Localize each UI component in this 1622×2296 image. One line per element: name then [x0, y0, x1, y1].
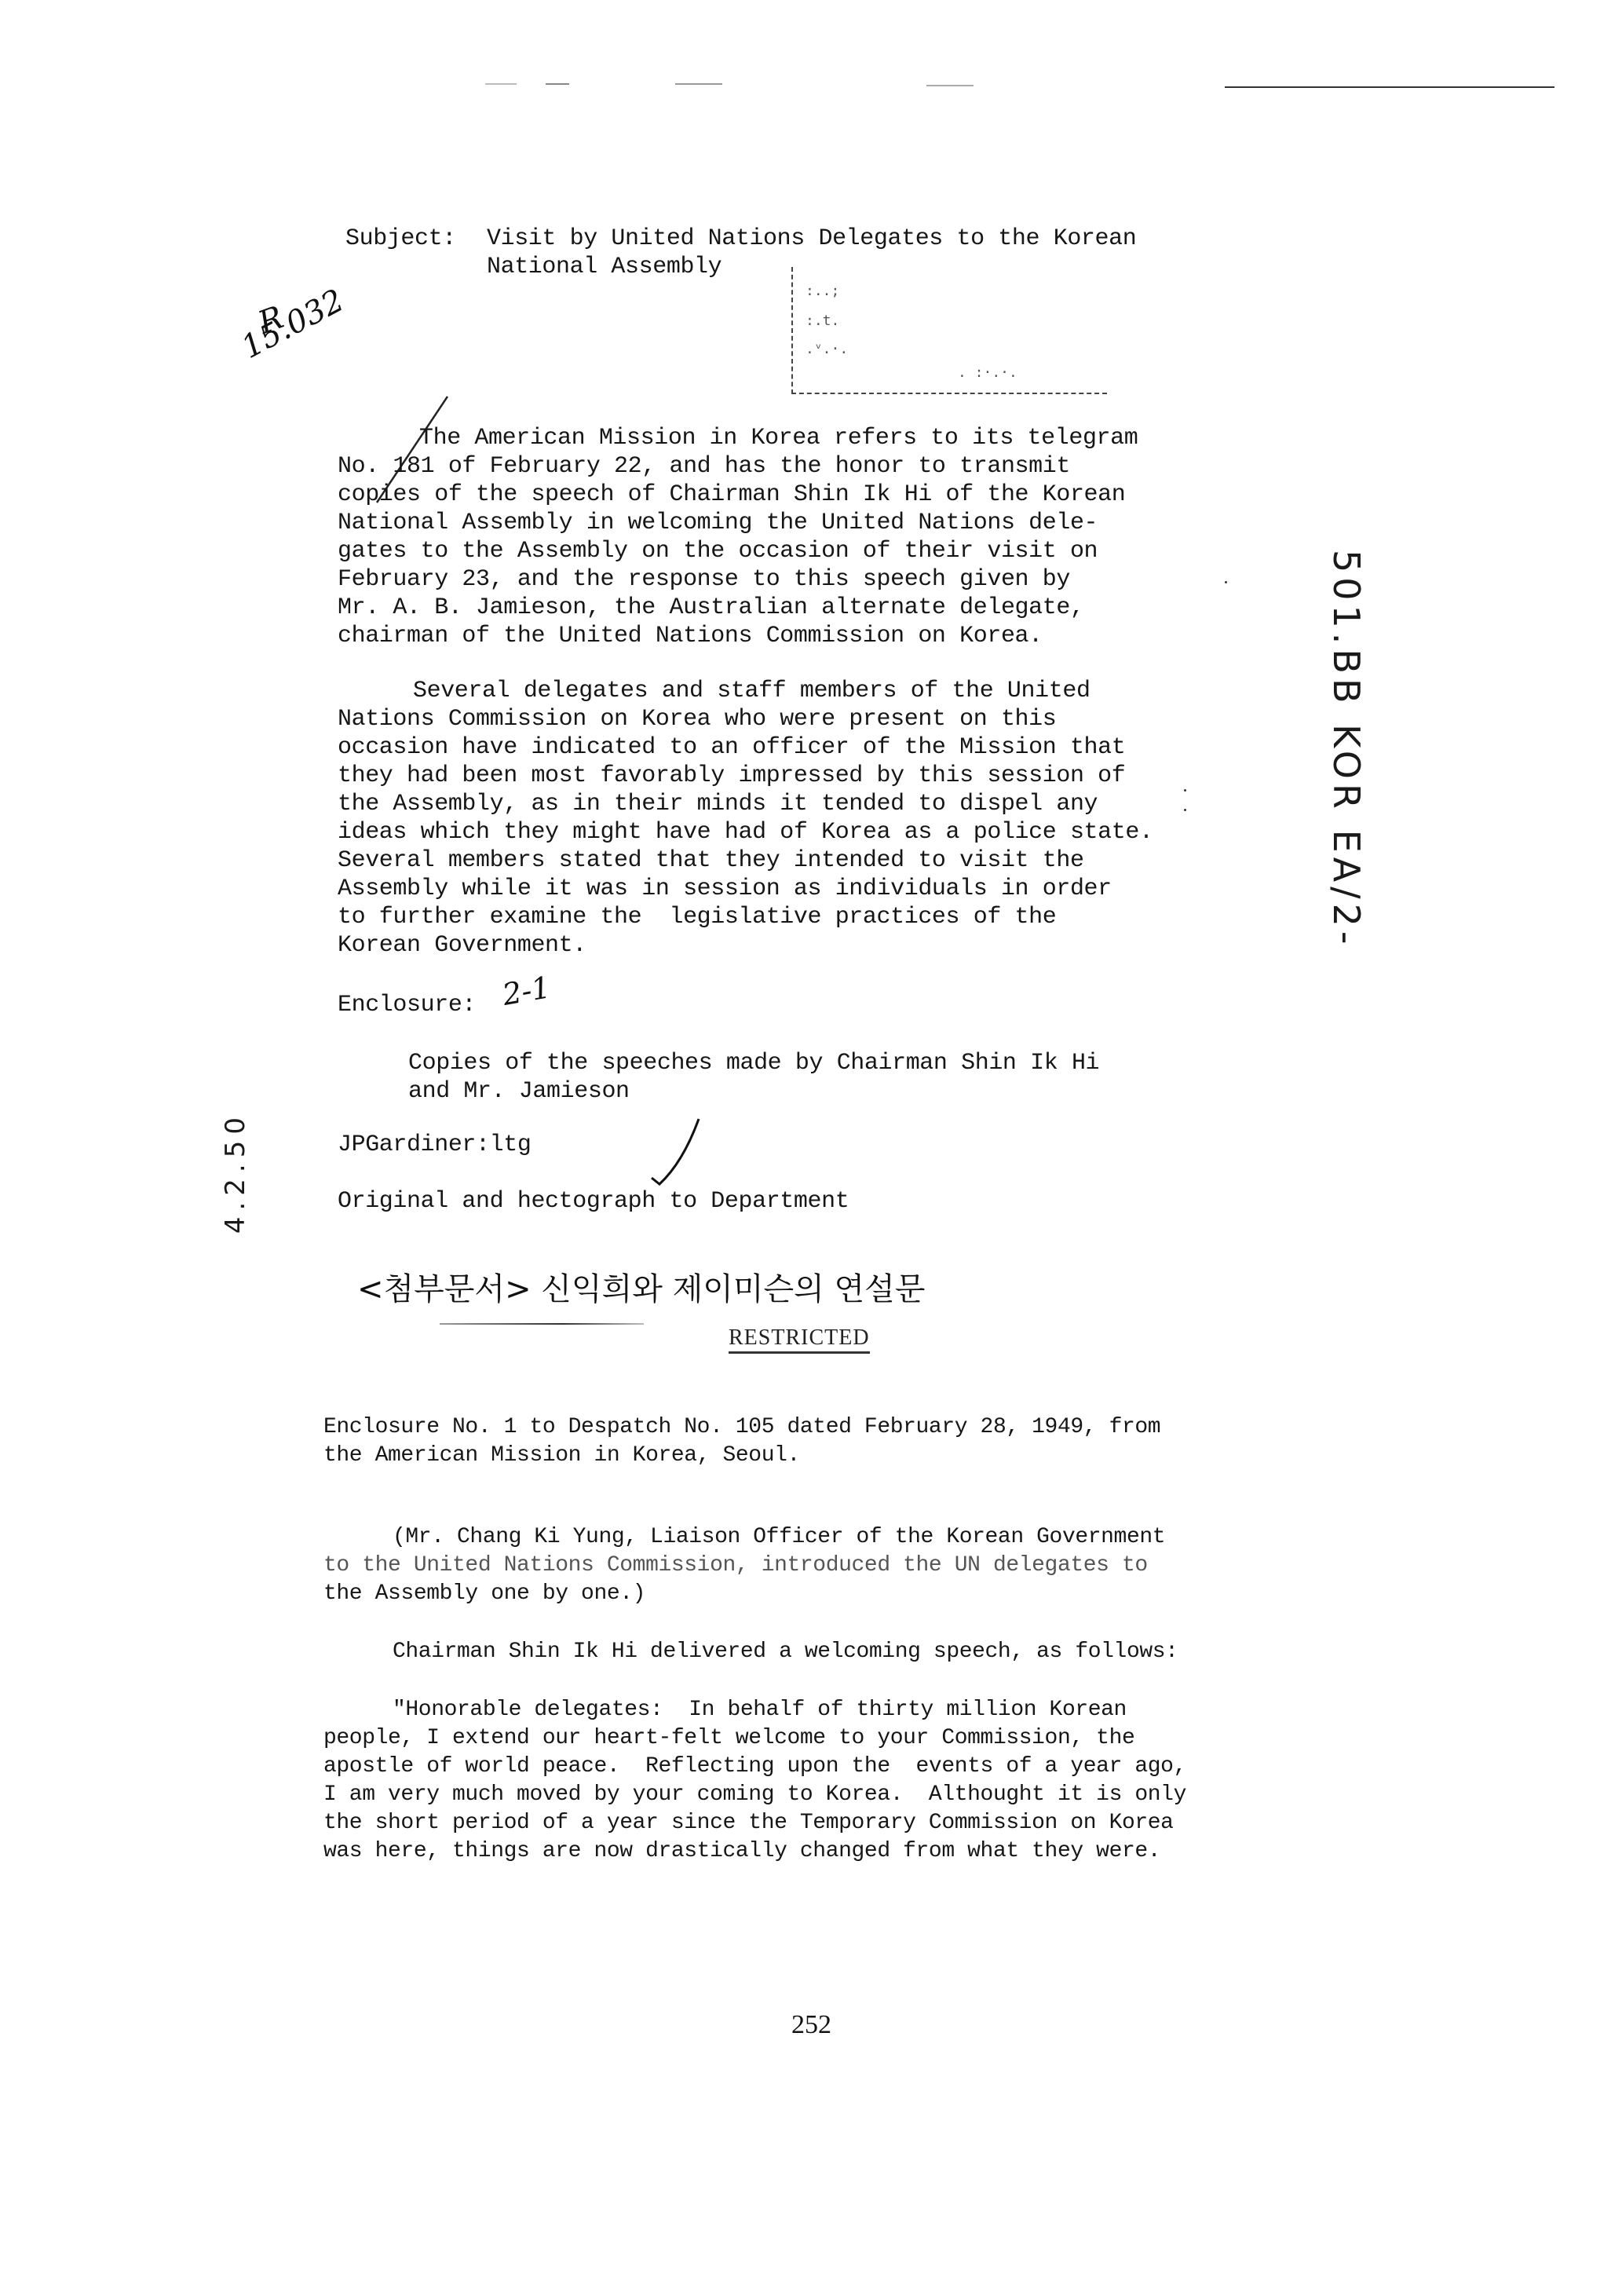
received-stamp-box: :..; :.t. .ᵛ.·. . :·.·. [791, 267, 1107, 394]
paragraph-2: Several delegates and staff members of t… [338, 677, 1153, 960]
margin-mark [1184, 809, 1186, 811]
text-line: chairman of the United Nations Commissio… [338, 622, 1138, 650]
subject-line-1: Visit by United Nations Delegates to the… [487, 225, 1136, 253]
scan-artifact-rule [440, 1323, 644, 1325]
speech-text: "Honorable delegates: In behalf of thirt… [323, 1696, 1186, 1866]
text-line: Mr. A. B. Jamieson, the Australian alter… [338, 594, 1138, 622]
speech-intro: Chairman Shin Ik Hi delivered a welcomin… [393, 1638, 1178, 1666]
text-line: the Assembly one by one.) [323, 1580, 1165, 1608]
paragraph-1: The American Mission in Korea refers to … [338, 424, 1138, 650]
stamp-line: :..; [806, 283, 839, 299]
text-line: Several delegates and staff members of t… [338, 677, 1153, 705]
text-line: I am very much moved by your coming to K… [323, 1781, 1186, 1809]
stamp-line: .ᵛ.·. [806, 341, 848, 357]
text-line: February 23, and the response to this sp… [338, 565, 1138, 594]
text-line: Assembly while it was in session as indi… [338, 875, 1153, 903]
text-line: the American Mission in Korea, Seoul. [323, 1442, 1160, 1470]
stamp-line: . :·.·. [958, 364, 1017, 381]
text-line: the Assembly, as in their minds it tende… [338, 790, 1153, 818]
text-line: to the United Nations Commission, introd… [323, 1552, 1165, 1580]
text-line: they had been most favorably impressed b… [338, 762, 1153, 790]
subject-label: Subject: [345, 225, 456, 253]
text-line: Korean Government. [338, 931, 1153, 960]
handwritten-file-ref-number: 15.032 [236, 283, 349, 366]
enclosure-handwritten-count: 2-1 [500, 970, 553, 1012]
text-line: The American Mission in Korea refers to … [338, 424, 1138, 452]
classification-restricted: RESTRICTED [729, 1325, 870, 1354]
enclosure-reference: Enclosure No. 1 to Despatch No. 105 date… [323, 1413, 1160, 1470]
vertical-date-stamp: 4.2.50 [220, 1111, 251, 1234]
korean-attachment-title: <첨부문서> 신익희와 제이미슨의 연설문 [357, 1264, 925, 1309]
text-line: the short period of a year since the Tem… [323, 1809, 1186, 1837]
stamp-line: :.t. [806, 313, 839, 329]
distribution-line: Original and hectograph to Department [338, 1187, 849, 1216]
page-number: 252 [791, 2010, 831, 2040]
text-line: copies of the speech of Chairman Shin Ik… [338, 481, 1138, 509]
text-line: to further examine the legislative pract… [338, 903, 1153, 931]
text-line: gates to the Assembly on the occasion of… [338, 537, 1138, 565]
text-line: Enclosure No. 1 to Despatch No. 105 date… [323, 1413, 1160, 1442]
text-line: occasion have indicated to an officer of… [338, 733, 1153, 762]
text-line: people, I extend our heart-felt welcome … [323, 1724, 1186, 1753]
intro-note: (Mr. Chang Ki Yung, Liaison Officer of t… [323, 1523, 1165, 1608]
text-line: and Mr. Jamieson [408, 1077, 1099, 1106]
vertical-file-code: 501.BB KOR EA/2- [1325, 550, 1368, 949]
checkmark-icon [644, 1115, 722, 1194]
enclosure-label: Enclosure: [338, 991, 476, 1019]
text-line: National Assembly in welcoming the Unite… [338, 509, 1138, 537]
scan-artifact-rule [1225, 86, 1554, 88]
text-line: apostle of world peace. Reflecting upon … [323, 1753, 1186, 1781]
margin-mark [1184, 789, 1186, 792]
enclosure-description: Copies of the speeches made by Chairman … [408, 1049, 1099, 1106]
text-line: Copies of the speeches made by Chairman … [408, 1049, 1099, 1077]
text-line: (Mr. Chang Ki Yung, Liaison Officer of t… [323, 1523, 1165, 1552]
drafter-initials: JPGardiner:ltg [338, 1131, 531, 1159]
scan-artifact-rule [485, 83, 517, 85]
scan-artifact-rule [926, 85, 974, 86]
margin-mark [1225, 581, 1227, 583]
subject-line-2: National Assembly [487, 253, 721, 281]
scan-artifact-rule [546, 83, 569, 85]
text-line: Nations Commission on Korea who were pre… [338, 705, 1153, 733]
text-line: "Honorable delegates: In behalf of thirt… [323, 1696, 1186, 1724]
scan-artifact-rule [675, 83, 722, 85]
text-line: No. 181 of February 22, and has the hono… [338, 452, 1138, 481]
text-line: was here, things are now drastically cha… [323, 1837, 1186, 1866]
text-line: ideas which they might have had of Korea… [338, 818, 1153, 846]
text-line: Several members stated that they intende… [338, 846, 1153, 875]
